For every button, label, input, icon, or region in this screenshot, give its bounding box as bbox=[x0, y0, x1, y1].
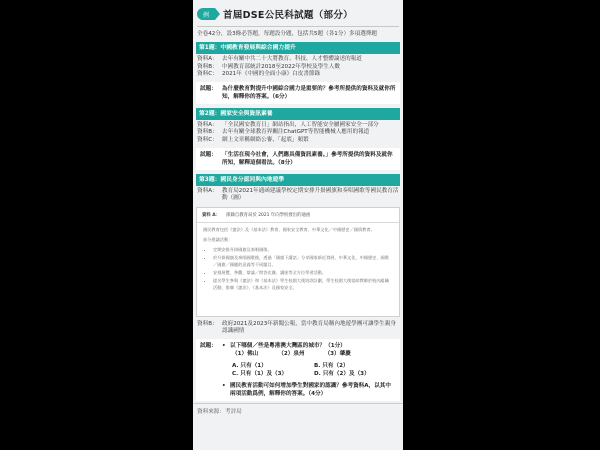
bullet-icon: • bbox=[222, 382, 230, 398]
resource-label: 資料B： bbox=[197, 321, 222, 336]
exam-article: 例 首屆DSE公民科試題（部分） 全卷42分，設3條必答題，每題設分題，包括共5… bbox=[193, 0, 403, 450]
open-question-text: 國民教育活動可如何增加學生對國家的認識？參考資料A，以其中兩項活動爲例，解釋你的… bbox=[230, 382, 396, 398]
section-3-question: 試題：•以下哪個／些是粵港澳大灣區的城市？（1分） （1）佛山 （2）泉州 （3… bbox=[196, 339, 400, 401]
resource-label: 資料B： bbox=[197, 129, 222, 137]
article-header: 例 首屆DSE公民科試題（部分） bbox=[193, 0, 403, 22]
mc-choice-c: C. 只有（1）及（3） bbox=[232, 370, 314, 378]
figure-bullet: 安排展覽、參觀、辯論／問答比賽、講座等全方位學習活動。 bbox=[213, 269, 393, 276]
source-credit: 資料來源：考評局 bbox=[193, 403, 403, 418]
figure-bullet-list: 定期安排升掛國旗及奏唱國歌。 於升掛國旗及奏唱國歌後，透過「國旗下講話」分享國家… bbox=[203, 246, 393, 291]
open-question-row: •國民教育活動可如何增加學生對國家的認識？參考資料A，以其中兩項活動爲例，解釋你… bbox=[200, 382, 396, 398]
figure-subhead: 部分建議活動： bbox=[203, 236, 393, 243]
mc-stem-row: 試題：•以下哪個／些是粵港澳大灣區的城市？（1分） bbox=[200, 342, 396, 350]
resource-row: 資料A：教育局2021年通函建議學校定期安排升掛國旗和奏唱國歌等國民教育活動（圖… bbox=[193, 188, 403, 203]
question-label: 試題： bbox=[200, 151, 222, 167]
mc-items: （1）佛山 （2）泉州 （3）肇慶 bbox=[200, 350, 396, 358]
section-2-heading: 第2題：國家安全與資訊素養 bbox=[196, 108, 400, 120]
article-title: 首屆DSE公民科試題（部分） bbox=[223, 7, 353, 21]
resource-label: 資料C： bbox=[197, 137, 222, 145]
mc-choice-a: A. 只有（1） bbox=[232, 362, 314, 370]
question-text: 「生活在現今社會，人們應具備資訊素養。」參考所提供的資料及就你所知，解釋這個看法… bbox=[222, 151, 396, 167]
mc-choice-b: B. 只有（2） bbox=[314, 362, 396, 370]
section-2-question: 試題：「生活在現今社會，人們應具備資訊素養。」參考所提供的資料及就你所知，解釋這… bbox=[196, 148, 400, 170]
mc-stem: 以下哪個／些是粵港澳大灣區的城市？（1分） bbox=[230, 342, 346, 350]
figure-bullet: 定期安排升掛國旗及奏唱國歌。 bbox=[213, 246, 393, 253]
section-1-heading: 第1題：中國教育發展與綜合國力提升 bbox=[196, 42, 400, 54]
section-3-heading: 第3題：國民身分認同與內地遊學 bbox=[196, 174, 400, 186]
figure-intro: 國民教育包括《憲法》及《基本法》教育、國家安全教育、中華文化／中國歷史／國情教育… bbox=[203, 226, 393, 233]
resource-label: 資料A： bbox=[197, 56, 222, 64]
circular-excerpt-figure: 資料 A：節錄自教育局於 2021 年向學校發出的通函 國民教育包括《憲法》及《… bbox=[196, 207, 400, 317]
figure-bullet: 於升掛國旗及奏唱國歌後，透過「國旗下講話」分享國家新近發展、中華文化、中國歷史、… bbox=[213, 254, 393, 268]
bullet-icon: • bbox=[222, 342, 230, 350]
figure-bullet: 提名學生參與《憲法》和《基本法》學生校園大使培訓計劃，學生校園大使協助教師於校內… bbox=[213, 277, 393, 291]
question-label: 試題： bbox=[200, 85, 222, 101]
mc-item: （2）泉州 bbox=[278, 350, 304, 358]
mc-item: （1）佛山 bbox=[232, 350, 258, 358]
resource-label: 資料A： bbox=[197, 188, 222, 203]
resource-row: 資料B：去年有關全球教育界關注ChatGPT等智能機械人應用的報道 bbox=[193, 129, 403, 137]
resource-text: 去年有關全球教育界關注ChatGPT等智能機械人應用的報道 bbox=[222, 129, 399, 137]
resource-row: 資料B：政府2021及2023年新聞公報，當中教育局稱內地遊學團可讓學生親身認識… bbox=[193, 321, 403, 336]
resource-row: 資料C：2021年《中國的全面小康》白皮書節錄 bbox=[193, 71, 403, 79]
mc-item: （3）肇慶 bbox=[325, 350, 351, 358]
resource-text: 教育局2021年通函建議學校定期安排升掛國旗和奏唱國歌等國民教育活動（圖） bbox=[222, 188, 399, 203]
figure-label: 資料 A： bbox=[202, 213, 220, 218]
resource-row: 資料A：去年有關中共二十大將教育、科技、人才整體論述的報道 bbox=[193, 56, 403, 64]
resource-text: 2021年《中國的全面小康》白皮書節錄 bbox=[222, 71, 399, 79]
question-label: 試題： bbox=[200, 342, 222, 350]
resource-label: 資料C： bbox=[197, 71, 222, 79]
mc-choice-d: D. 只有（2）及（3） bbox=[314, 370, 396, 378]
resource-text: 政府2021及2023年新聞公報，當中教育局稱內地遊學團可讓學生親身認識國情 bbox=[222, 321, 399, 336]
resource-text: 網上文章稱網絡公審、「起底」頻繁 bbox=[222, 137, 399, 145]
example-badge: 例 bbox=[197, 8, 215, 20]
section-1-question: 試題：為什麼教育對提升中國綜合國力是重要的？參考所提供的資料及就你所知，解釋你的… bbox=[196, 82, 400, 104]
resource-row: 資料C：網上文章稱網絡公審、「起底」頻繁 bbox=[193, 137, 403, 145]
figure-caption: 節錄自教育局於 2021 年向學校發出的通函 bbox=[226, 213, 310, 218]
intro-text: 全卷42分，設3條必答題，每題設分題，包括共5題（各1分）多項選擇題 bbox=[193, 27, 403, 38]
figure-body: 國民教育包括《憲法》及《基本法》教育、國家安全教育、中華文化／中國歷史／國情教育… bbox=[197, 223, 399, 295]
mc-choices: A. 只有（1） B. 只有（2） C. 只有（1）及（3） D. 只有（2）及… bbox=[200, 362, 396, 378]
question-text: 為什麼教育對提升中國綜合國力是重要的？參考所提供的資料及就你所知，解釋你的答案。… bbox=[222, 85, 396, 101]
figure-header: 資料 A：節錄自教育局於 2021 年向學校發出的通函 bbox=[197, 208, 399, 223]
resource-text: 去年有關中共二十大將教育、科技、人才整體論述的報道 bbox=[222, 56, 399, 64]
